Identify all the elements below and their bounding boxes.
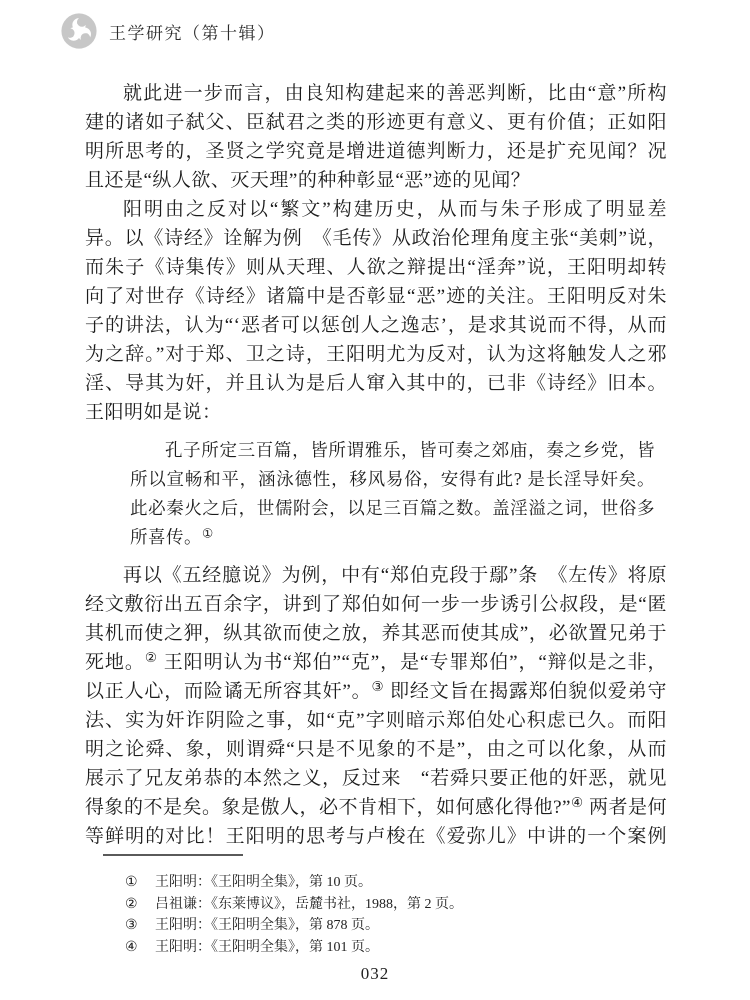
book-title: 王学研究（第十辑） [109, 19, 276, 44]
running-head: 王学研究（第十辑） [60, 12, 276, 50]
footnote-text: 吕祖谦：《东莱博议》，岳麓书社，1988，第 2 页。 [155, 894, 667, 916]
footnote-item: ④王阳明：《王阳明全集》，第 101 页。 [85, 937, 667, 959]
footnote-marker: ② [125, 894, 155, 916]
footnote-ref: ② [145, 650, 158, 665]
block-quote: 孔子所定三百篇，皆所谓雅乐，皆可奏之郊庙，奏之乡党，皆所以宣畅和平，涵泳德性，移… [130, 436, 655, 552]
footnote-marker: ④ [125, 937, 155, 959]
footnote-marker: ① [125, 872, 155, 894]
swirl-ornament-icon [60, 12, 98, 50]
footnote-item: ②吕祖谦：《东莱博议》，岳麓书社，1988，第 2 页。 [85, 894, 667, 916]
book-page: 王学研究（第十辑） 就此进一步而言，由良知构建起来的善恶判断，比由“意”所构建的… [0, 0, 750, 1000]
footnote-item: ③王阳明：《王阳明全集》，第 878 页。 [85, 915, 667, 937]
footnote-text: 王阳明：《王阳明全集》，第 101 页。 [155, 937, 667, 959]
footnote-text: 王阳明：《王阳明全集》，第 878 页。 [155, 915, 667, 937]
content-blocks: 就此进一步而言，由良知构建起来的善恶判断，比由“意”所构建的诸如子弑父、臣弑君之… [85, 79, 667, 909]
page-number: 032 [0, 964, 750, 984]
text-run: 就此进一步而言，由良知构建起来的善恶判断，比由“意”所构建的诸如子弑父、臣弑君之… [85, 83, 667, 191]
footnote-section: ①王阳明：《王阳明全集》，第 10 页。②吕祖谦：《东莱博议》，岳麓书社，198… [85, 846, 667, 958]
footnote-ref: ③ [371, 679, 384, 694]
text-run: 阳明由之反对以“繁文”构建历史，从而与朱子形成了明显差异。以《诗经》诠解为例 《… [85, 199, 667, 423]
body-paragraph: 阳明由之反对以“繁文”构建历史，从而与朱子形成了明显差异。以《诗经》诠解为例 《… [85, 195, 667, 427]
footnote-list: ①王阳明：《王阳明全集》，第 10 页。②吕祖谦：《东莱博议》，岳麓书社，198… [85, 872, 667, 958]
footnote-ref: ① [202, 526, 214, 540]
body-paragraph: 就此进一步而言，由良知构建起来的善恶判断，比由“意”所构建的诸如子弑父、臣弑君之… [85, 79, 667, 195]
footnote-ref: ④ [571, 795, 584, 810]
footnote-divider [103, 854, 243, 856]
footnote-marker: ③ [125, 915, 155, 937]
footnote-text: 王阳明：《王阳明全集》，第 10 页。 [155, 872, 667, 894]
footnote-item: ①王阳明：《王阳明全集》，第 10 页。 [85, 872, 667, 894]
